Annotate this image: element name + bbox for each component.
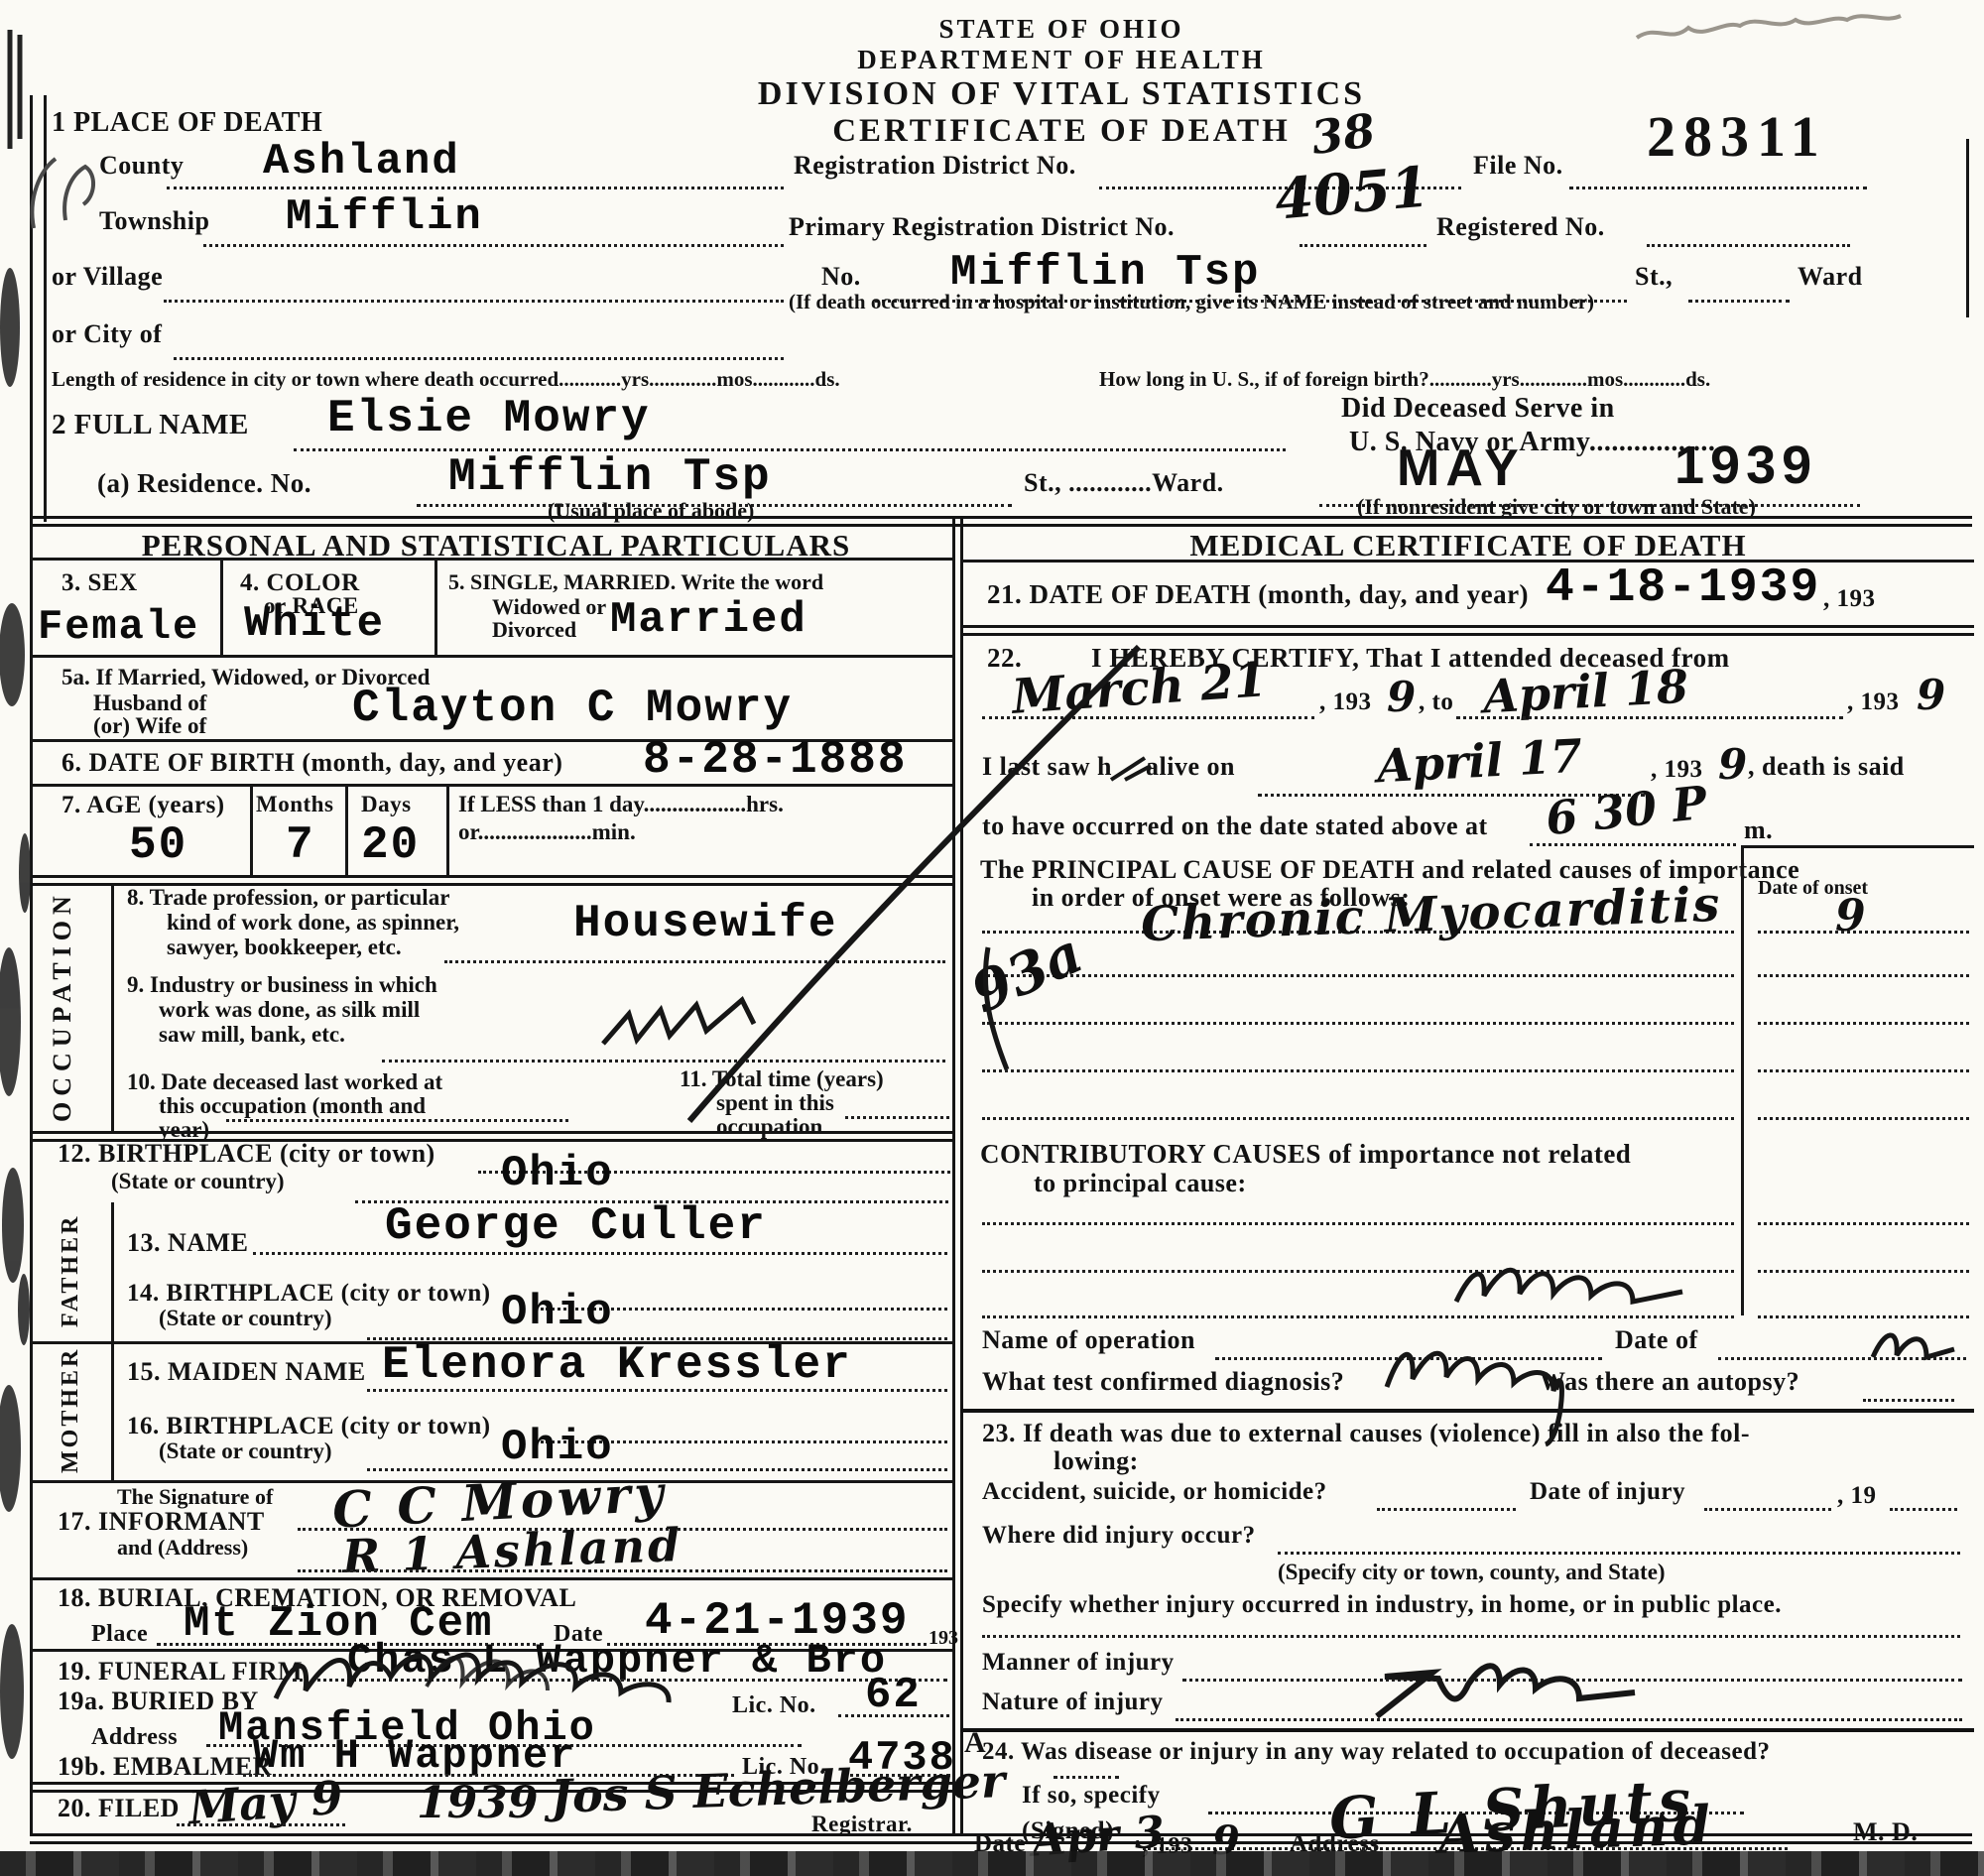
total-time-label2: spent in this [716, 1090, 834, 1116]
residence-value: Mifflin Tsp [448, 451, 772, 503]
last-saw-value: April 17 [1376, 729, 1584, 794]
township-value: Mifflin [286, 192, 483, 242]
buried-lic-value: 62 [865, 1671, 922, 1720]
dod-label: 21. DATE OF DEATH (month, day, and year) [987, 579, 1529, 610]
accident-label: Accident, suicide, or homicide? [982, 1478, 1327, 1506]
injury-19: , 19 [1837, 1482, 1877, 1510]
full-name-label: 2 FULL NAME [52, 409, 249, 441]
informant-label2: 17. INFORMANT [58, 1507, 265, 1537]
buried-lic-label: Lic. No. [732, 1692, 816, 1719]
nature-label: Nature of injury [982, 1688, 1164, 1716]
sex-label: 3. SEX [62, 569, 138, 597]
township-label: Township [99, 206, 209, 236]
medical-title: MEDICAL CERTIFICATE OF DEATH [962, 528, 1974, 563]
informant-label3: and (Address) [117, 1535, 248, 1561]
mother-bp-value: Ohio [501, 1423, 614, 1472]
dotted-line [382, 1060, 945, 1063]
months-value: 7 [286, 819, 315, 871]
dotted-line [1054, 1776, 1119, 1779]
registration-district-label: Registration District No. [794, 151, 1076, 181]
if-less-line2: or....................min. [458, 819, 636, 845]
handwritten-scrawl-operation [1456, 1270, 1682, 1302]
occurred-time-value: 6 30 P [1544, 776, 1709, 846]
dotted-line [164, 300, 784, 303]
handwritten-scrawl-autopsy [1873, 1335, 1954, 1357]
marital-value: Married [610, 595, 807, 645]
dotted-line [174, 357, 784, 360]
age-label: 7. AGE (years) [62, 792, 225, 819]
date-stamp-year: 1939 [1674, 435, 1817, 496]
residence-label: (a) Residence. No. [97, 468, 311, 499]
mother-bp-sub: (State or country) [159, 1438, 332, 1464]
operation-date-label: Date of [1615, 1325, 1698, 1355]
death-certificate-scan: STATE OF OHIO DEPARTMENT OF HEALTH DIVIS… [0, 0, 1984, 1876]
heavy-rule [960, 1728, 1974, 1732]
dotted-line [1758, 1315, 1969, 1318]
primary-district-label: Primary Registration District No. [789, 212, 1175, 242]
dotted-line [1182, 1679, 1962, 1682]
father-name-value: George Culler [385, 1200, 767, 1252]
total-time-label1: 11. Total time (years) [680, 1066, 884, 1092]
dotted-line [1863, 1399, 1954, 1402]
year-prefix2: , 193 [1847, 688, 1900, 716]
if-so-label: If so, specify [1022, 1782, 1161, 1810]
dotted-line [982, 1069, 1734, 1072]
village-label: or Village [52, 262, 163, 292]
months-label: Months [256, 792, 333, 817]
industry-label1: 9. Industry or business in which [127, 972, 437, 998]
attended-to-value: April 18 [1482, 660, 1690, 724]
dotted-line [982, 1270, 1734, 1273]
last-saw-label: I last saw h [982, 752, 1112, 782]
year-prefix1: , 193 [1319, 688, 1372, 716]
last-worked-label1: 10. Date deceased last worked at [127, 1069, 442, 1095]
dotted-line [1704, 1508, 1831, 1511]
heavy-rule [960, 625, 1974, 636]
where-label: Where did injury occur? [982, 1522, 1256, 1550]
filed-label: 20. FILED [58, 1794, 180, 1823]
pencil-scribble-top-right [1637, 16, 1901, 38]
dotted-line [838, 1714, 949, 1717]
funeral-label: 19. FUNERAL FIRM [58, 1657, 303, 1687]
header-division: DIVISION OF VITAL STATISTICS [615, 75, 1508, 113]
attended-from-value: March 21 [1010, 652, 1268, 725]
rule [960, 560, 1974, 563]
dotted-line [1758, 1117, 1969, 1120]
dotted-line [1890, 1508, 1957, 1511]
father-side-label: FATHER [58, 1206, 84, 1335]
trade-label1: 8. Trade profession, or particular [127, 885, 449, 911]
date-stamp-month: MAY [1397, 438, 1525, 498]
if-less-line1: If LESS than 1 day..................hrs. [458, 792, 784, 817]
industry-label2: work was done, as silk mill [159, 997, 420, 1023]
occurred-label: to have occurred on the date stated abov… [982, 812, 1488, 841]
dotted-line [1278, 1552, 1960, 1555]
mother-name-value: Elenora Kressler [382, 1339, 852, 1391]
right-edge-mark [1966, 139, 1969, 317]
dotted-line [982, 1635, 1960, 1638]
pen-strike-mark [1111, 758, 1151, 780]
specify-label: Specify whether injury occurred in indus… [982, 1591, 1782, 1619]
marital-label1: 5. SINGLE, MARRIED. Write the word [448, 569, 823, 595]
where-sub: (Specify city or town, county, and State… [1278, 1560, 1666, 1585]
scan-artifact-lines [10, 30, 20, 149]
dotted-line [1758, 1022, 1969, 1025]
cell-border [111, 883, 114, 1131]
father-bp-value: Ohio [501, 1288, 614, 1337]
rule [30, 1577, 954, 1580]
dotted-line [367, 1389, 947, 1392]
primary-district-value: 4051 [1272, 154, 1431, 232]
funeral-value: Chas L Wappner & Bro [347, 1637, 887, 1685]
rule [30, 784, 954, 787]
marital-label3: Divorced [492, 617, 576, 643]
mother-name-label: 15. MAIDEN NAME [127, 1357, 366, 1387]
registrar-signature: Jos S Echelberger [550, 1754, 1006, 1823]
m-label: m. [1744, 815, 1773, 845]
related-label: 24. Was disease or injury in any way rel… [982, 1738, 1771, 1766]
spouse-value: Clayton C Mowry [352, 683, 793, 734]
occupation-side-label: OCCUPATION [48, 888, 77, 1124]
birthplace-label: 12. BIRTHPLACE (city or town) [58, 1139, 435, 1169]
county-value: Ashland [263, 137, 460, 187]
last-worked-label2: this occupation (month and [159, 1093, 426, 1119]
spouse-label3: (or) Wife of [93, 713, 206, 739]
death-said-label: , death is said [1748, 752, 1905, 782]
dotted-line [1176, 1718, 1962, 1721]
dotted-line [1569, 187, 1867, 189]
dotted-line [982, 716, 1314, 719]
dotted-line [845, 1116, 949, 1119]
dod-value: 4-18-1939 [1546, 562, 1820, 615]
registered-no-label: Registered No. [1436, 212, 1605, 242]
scan-smudge-bottom [0, 1851, 1984, 1876]
father-name-label: 13. NAME [127, 1228, 248, 1258]
onset-column-border [1741, 845, 1744, 1315]
handwritten-scrawl-nature [1377, 1666, 1635, 1716]
days-value: 20 [361, 819, 420, 871]
st-label: St., [1635, 262, 1673, 292]
dotted-line [1456, 716, 1843, 719]
handwritten-scrawl-industry [603, 1000, 754, 1044]
manner-label: Manner of injury [982, 1649, 1175, 1677]
residence-length-line: Length of residence in city or town wher… [52, 367, 840, 392]
section-place-of-death: 1 PLACE OF DEATH [52, 107, 322, 139]
dotted-line [1718, 1357, 1966, 1360]
dotted-line [982, 974, 1734, 977]
dotted-line [177, 1823, 345, 1826]
burial-date-suffix: 193 [929, 1627, 958, 1650]
dotted-line [226, 1119, 568, 1122]
cell-border [220, 561, 223, 655]
alive-on-label: alive on [1146, 752, 1235, 782]
last-saw-year: 9 [1718, 740, 1747, 789]
full-name-value: Elsie Mowry [327, 393, 651, 444]
city-label: or City of [52, 319, 162, 349]
dotted-line [1758, 974, 1969, 977]
birthplace-sub: (State or country) [111, 1169, 285, 1194]
informant-address: R 1 Ashland [341, 1518, 683, 1583]
days-label: Days [361, 792, 412, 817]
dotted-line [1758, 1270, 1969, 1273]
injury-date-label: Date of injury [1530, 1478, 1685, 1506]
external-line2: lowing: [1054, 1446, 1139, 1476]
to-label: , to [1419, 688, 1453, 716]
sex-value: Female [38, 603, 199, 651]
dotted-line [982, 1022, 1734, 1025]
file-no-label: File No. [1473, 151, 1563, 181]
dotted-line [1647, 244, 1850, 247]
horizontal-rule [30, 516, 1972, 527]
dotted-line [982, 1117, 1734, 1120]
autopsy-label: Was there an autopsy? [1540, 1367, 1799, 1397]
cell-border [446, 786, 449, 875]
dotted-line [1215, 1357, 1602, 1360]
dotted-line [203, 244, 784, 247]
cell-border [250, 786, 253, 875]
external-line1: 23. If death was due to external causes … [982, 1419, 1750, 1448]
dotted-line [298, 1569, 947, 1572]
ward-label: Ward [1798, 262, 1863, 292]
dotted-line [1377, 1508, 1516, 1511]
county-label: County [99, 151, 184, 181]
trade-label3: sawyer, bookkeeper, etc. [167, 935, 402, 960]
served-line1: Did Deceased Serve in [1341, 393, 1615, 425]
rule [1741, 845, 1974, 848]
contributory-line2: to principal cause: [1034, 1169, 1247, 1198]
dotted-line [1530, 843, 1736, 846]
cause-onset-value: 9 [1835, 891, 1866, 941]
trade-value: Housewife [573, 898, 837, 949]
hospital-note: (If death occurred in a hospital or inst… [789, 290, 1594, 314]
mother-side-label: MOTHER [58, 1345, 84, 1474]
registrar-label: Registrar. [811, 1812, 913, 1837]
attended-from-year: 9 [1387, 673, 1416, 721]
dotted-line [1300, 244, 1426, 247]
header-department: DEPARTMENT OF HEALTH [615, 45, 1508, 75]
dotted-line [1758, 1222, 1969, 1225]
rule [30, 558, 954, 561]
residence-st-ward: St., ............Ward. [1024, 468, 1224, 498]
scan-artifact-blobs [0, 268, 31, 1759]
dotted-line [1758, 1069, 1969, 1072]
left-border [30, 95, 33, 1835]
filed-year-value: 1939 [417, 1778, 538, 1828]
dob-label: 6. DATE OF BIRTH (month, day, and year) [62, 748, 562, 778]
attended-to-year: 9 [1917, 671, 1945, 719]
dod-suffix: , 193 [1823, 585, 1876, 613]
industry-label3: saw mill, bank, etc. [159, 1022, 345, 1048]
cell-border [345, 786, 348, 875]
cell-border [111, 1202, 114, 1341]
dotted-line [253, 1252, 947, 1255]
test-label: What test confirmed diagnosis? [982, 1367, 1344, 1397]
foreign-birth-line: How long in U. S., if of foreign birth?.… [1099, 367, 1710, 392]
dob-value: 8-28-1888 [643, 734, 907, 786]
dotted-line [982, 1222, 1734, 1225]
registration-district-value: 38 [1308, 103, 1379, 165]
margin-code: 93a [962, 921, 1092, 1027]
dotted-line [1688, 300, 1790, 303]
dotted-line [167, 187, 784, 189]
header-state: STATE OF OHIO [615, 14, 1508, 45]
operation-label: Name of operation [982, 1325, 1195, 1355]
dotted-line [293, 1679, 947, 1682]
buried-address-label: Address [91, 1724, 178, 1751]
cell-border [434, 561, 437, 655]
color-value: White [244, 599, 385, 649]
burial-place-label: Place [91, 1621, 148, 1648]
contributory-line1: CONTRIBUTORY CAUSES of importance not re… [980, 1139, 1631, 1170]
mother-bp-label: 16. BIRTHPLACE (city or town) [127, 1413, 491, 1440]
cell-border [111, 1341, 114, 1480]
street-no-label: No. [821, 262, 861, 292]
dotted-line [294, 448, 1286, 451]
file-no-value: 28311 [1647, 103, 1827, 170]
age-value: 50 [129, 819, 187, 871]
birthplace-value: Ohio [501, 1149, 614, 1198]
heavy-rule [960, 1409, 1974, 1413]
md-label: M. D. [1853, 1817, 1918, 1847]
father-bp-sub: (State or country) [159, 1306, 332, 1331]
trade-label2: kind of work done, as spinner, [167, 910, 459, 936]
pencil-mark-left-margin [32, 159, 93, 228]
father-bp-label: 14. BIRTHPLACE (city or town) [127, 1280, 491, 1308]
dotted-line [982, 1315, 1734, 1318]
dotted-line [444, 960, 945, 963]
left-border-inner [44, 95, 47, 522]
rule [30, 655, 954, 658]
